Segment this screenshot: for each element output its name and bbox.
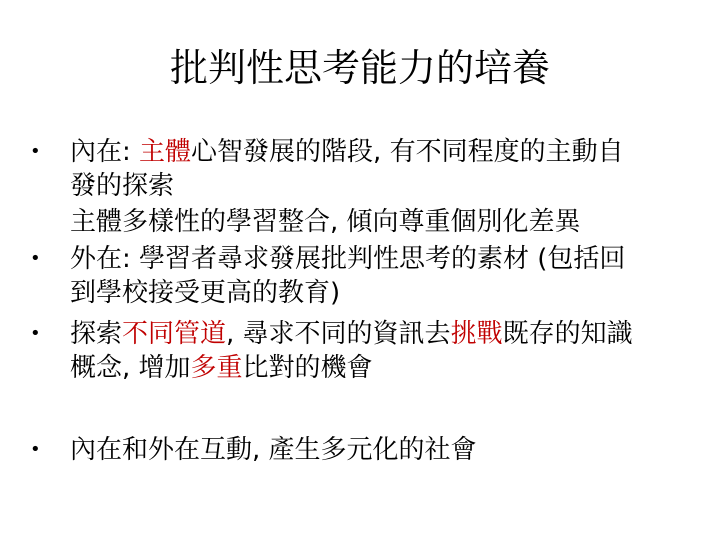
bullet-icon: • [30, 434, 46, 466]
text-span: 比對的機會 [243, 353, 373, 383]
bullet-1-line-3: 主體多樣性的學習整合, 傾向尊重個別化差異 [70, 206, 581, 238]
highlight-text: 不同管道 [122, 319, 226, 349]
text-span: 外在: 學習者尋求發展批判性思考的素材 (包括回 [70, 244, 625, 274]
bullet-2-line-2: 到學校接受更高的教育) [70, 277, 340, 309]
text-span: 到學校接受更高的教育) [70, 278, 340, 308]
bullet-icon: • [30, 318, 46, 350]
highlight-text: 多重 [191, 353, 243, 383]
bullet-4-line-1: 內在和外在互動, 產生多元化的社會 [70, 434, 477, 466]
bullet-2-line-1: 外在: 學習者尋求發展批判性思考的素材 (包括回 [70, 243, 625, 275]
text-span: 內在: [70, 137, 139, 167]
bullet-3-line-1: 探索不同管道, 尋求不同的資訊去挑戰既存的知識 [70, 318, 633, 350]
highlight-text: 挑戰 [451, 319, 503, 349]
slide-title: 批判性思考能力的培養 [0, 44, 720, 92]
text-span: 既存的知識 [503, 319, 633, 349]
bullet-icon: • [30, 243, 46, 275]
text-span: , 尋求不同的資訊去 [226, 319, 451, 349]
bullet-1-line-2: 發的探索 [70, 170, 174, 202]
bullet-1-line-1: 內在: 主體心智發展的階段, 有不同程度的主動自 [70, 136, 624, 168]
text-span: 發的探索 [70, 171, 174, 201]
text-span: 概念, 增加 [70, 353, 191, 383]
highlight-text: 主體 [139, 137, 191, 167]
text-span: 探索 [70, 319, 122, 349]
bullet-3-line-2: 概念, 增加多重比對的機會 [70, 352, 373, 384]
bullet-icon: • [30, 136, 46, 168]
text-span: 內在和外在互動, 產生多元化的社會 [70, 435, 477, 465]
text-span: 主體多樣性的學習整合, 傾向尊重個別化差異 [70, 207, 581, 237]
text-span: 心智發展的階段, 有不同程度的主動自 [191, 137, 624, 167]
